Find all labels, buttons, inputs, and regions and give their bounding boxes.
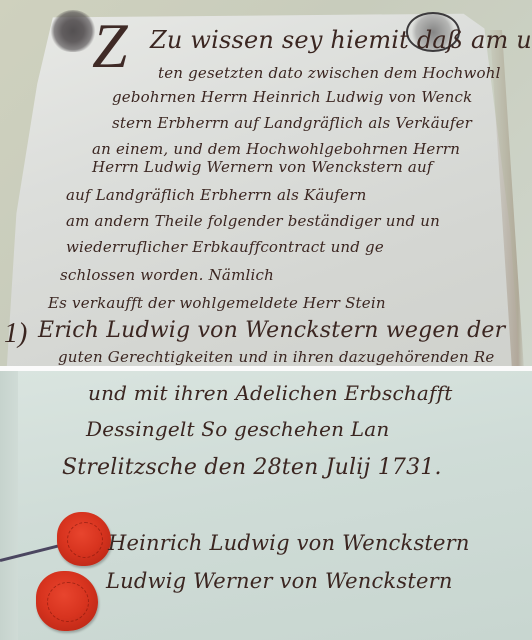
document-date-line: Strelitzsche den 28ten Julij 1731. xyxy=(62,455,442,480)
document-line: und mit ihren Adelichen Erbschafft xyxy=(88,381,453,405)
document-line: Dessingelt So geschehen Lan xyxy=(86,417,389,441)
document-line: Es verkaufft der wohlgemeldete Herr Stei… xyxy=(48,294,386,312)
document-line: gebohrnen Herrn Heinrich Ludwig von Wenc… xyxy=(112,88,472,106)
document-line: Herrn Ludwig Wernern von Wenckstern auf xyxy=(92,158,433,176)
red-wax-seal-icon xyxy=(36,571,98,631)
bottom-photo-panel: und mit ihren Adelichen Erbschafft Dessi… xyxy=(0,371,532,640)
item-number-marker: 1) xyxy=(4,318,27,350)
signature-line: Heinrich Ludwig von Wenckstern xyxy=(108,531,470,555)
red-wax-seal-icon xyxy=(57,512,111,566)
document-line: an einem, und dem Hochwohlgebohrnen Herr… xyxy=(92,140,460,158)
document-line: am andern Theile folgender beständiger u… xyxy=(66,212,440,230)
crowned-eagle-stamp-icon xyxy=(50,10,96,52)
document-line: schlossen worden. Nämlich xyxy=(60,266,274,284)
document-line: stern Erbherrn auf Landgräflich als Verk… xyxy=(112,114,472,132)
document-line: auf Landgräflich Erbherrn als Käufern xyxy=(66,186,367,204)
top-photo-panel: Z Zu wissen sey hiemit daß am un ten ges… xyxy=(0,0,532,366)
document-line: Zu wissen sey hiemit daß am un xyxy=(150,26,532,54)
document-line: wiederruflicher Erbkauffcontract und ge xyxy=(66,238,384,256)
document-line: ten gesetzten dato zwischen dem Hochwohl xyxy=(158,64,501,82)
document-line: guten Gerechtigkeiten und in ihren dazug… xyxy=(58,348,494,366)
signature-line: Ludwig Werner von Wenckstern xyxy=(106,569,453,593)
document-line: Erich Ludwig von Wenckstern wegen der xyxy=(38,318,505,343)
ornamental-initial: Z xyxy=(92,14,128,78)
